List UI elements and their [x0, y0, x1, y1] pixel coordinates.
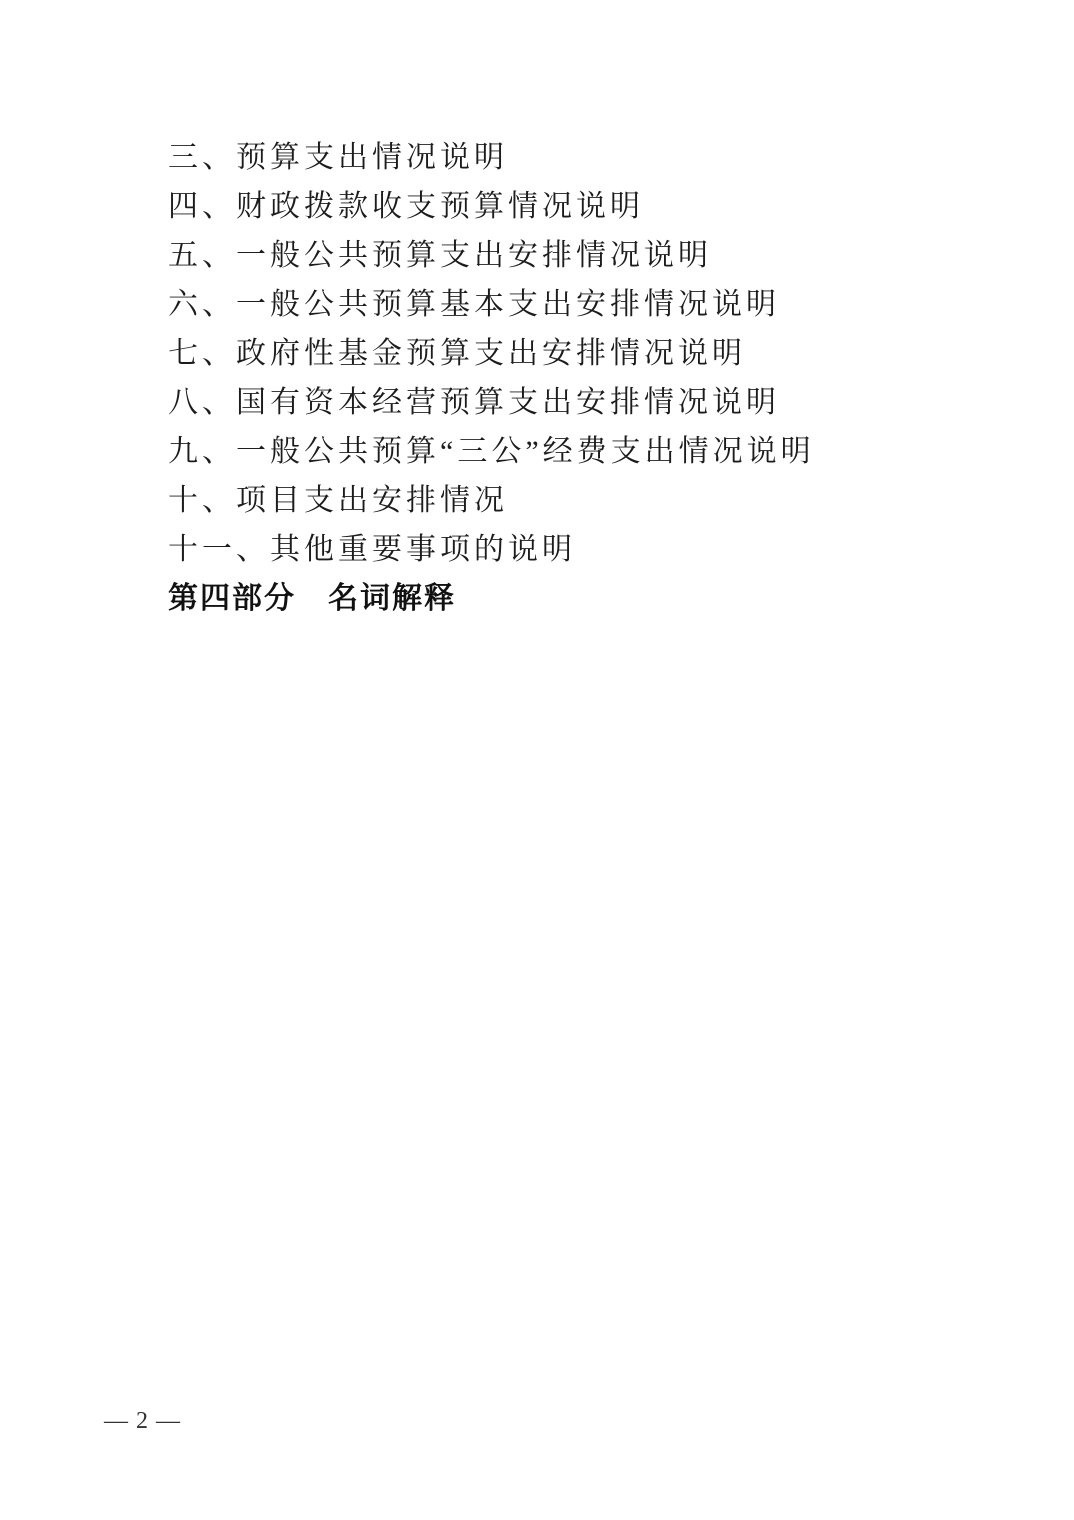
document-page: 三、预算支出情况说明 四、财政拨款收支预算情况说明 五、一般公共预算支出安排情况… — [0, 0, 1074, 1520]
toc-item: 十一、其他重要事项的说明 — [168, 525, 1014, 574]
toc-item: 七、政府性基金预算支出安排情况说明 — [168, 329, 1014, 378]
toc-item: 十、项目支出安排情况 — [168, 476, 1014, 525]
toc-item: 六、一般公共预算基本支出安排情况说明 — [168, 280, 1014, 329]
toc-item: 八、国有资本经营预算支出安排情况说明 — [168, 378, 1014, 427]
page-number: — 2 — — [104, 1406, 181, 1436]
section-heading: 第四部分 名词解释 — [168, 574, 1014, 623]
table-of-contents: 三、预算支出情况说明 四、财政拨款收支预算情况说明 五、一般公共预算支出安排情况… — [168, 133, 1014, 623]
toc-item: 四、财政拨款收支预算情况说明 — [168, 182, 1014, 231]
toc-item: 九、一般公共预算“三公”经费支出情况说明 — [168, 427, 1014, 476]
toc-item: 三、预算支出情况说明 — [168, 133, 1014, 182]
toc-item: 五、一般公共预算支出安排情况说明 — [168, 231, 1014, 280]
